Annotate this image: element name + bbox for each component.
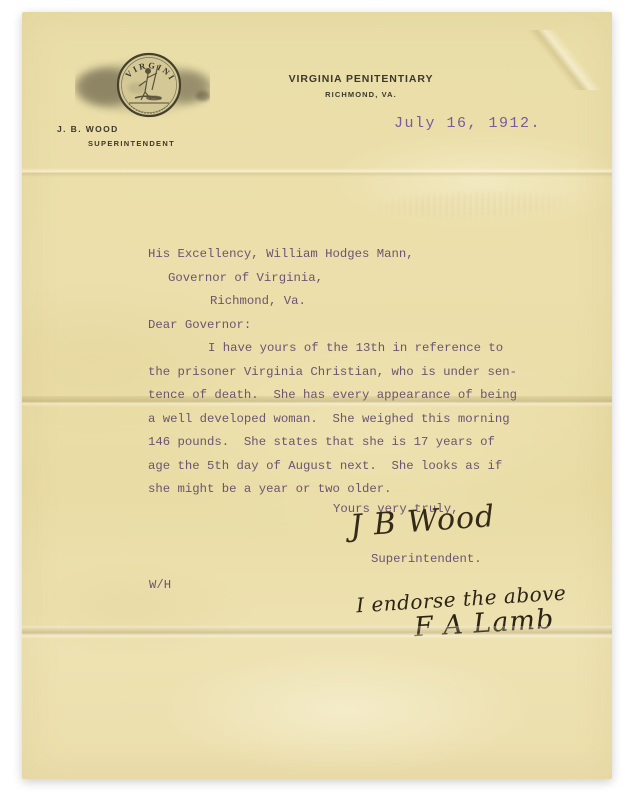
signer-title: Superintendent.: [371, 548, 482, 572]
typist-initials: W/H: [149, 574, 171, 598]
letter-body-line: age the 5th day of August next. She look…: [148, 455, 548, 479]
org-name: VIRGINIA PENITENTIARY: [261, 73, 461, 85]
recipient-block: His Excellency, William Hodges Mann,Gove…: [148, 243, 414, 314]
fold-crease-top: [22, 168, 612, 177]
letter-body-line: 146 pounds. She states that she is 17 ye…: [148, 431, 548, 455]
corner-crease: [516, 30, 606, 90]
letter-body-line: I have yours of the 13th in reference to: [148, 337, 548, 361]
org-city: RICHMOND, VA.: [261, 90, 461, 99]
letter-body-line: a well developed woman. She weighed this…: [148, 408, 548, 432]
virginia-state-seal: VIRGINIA: [75, 48, 210, 130]
letter-body-line: the prisoner Virginia Christian, who is …: [148, 361, 548, 385]
recipient-line: Governor of Virginia,: [168, 267, 414, 291]
letter-body-line: tence of death. She has every appearance…: [148, 384, 548, 408]
salutation: Dear Governor:: [148, 314, 251, 338]
letter-paper: VIRGINIA VIRGINIA PENITENTIARY RICHMOND,…: [22, 12, 612, 779]
scan-background: { "letterhead": { "org_name": "VIRGINIA …: [0, 0, 633, 800]
letterhead-org-block: VIRGINIA PENITENTIARY RICHMOND, VA.: [261, 73, 461, 99]
letter-body: I have yours of the 13th in reference to…: [148, 337, 548, 502]
recipient-line: His Excellency, William Hodges Mann,: [148, 243, 414, 267]
ink-bleedthrough-smudge: [374, 187, 575, 222]
official-name: J. B. WOOD: [57, 124, 119, 134]
recipient-line: Richmond, Va.: [210, 290, 414, 314]
official-title: SUPERINTENDENT: [88, 139, 175, 148]
date-line: July 16, 1912.: [394, 115, 541, 132]
